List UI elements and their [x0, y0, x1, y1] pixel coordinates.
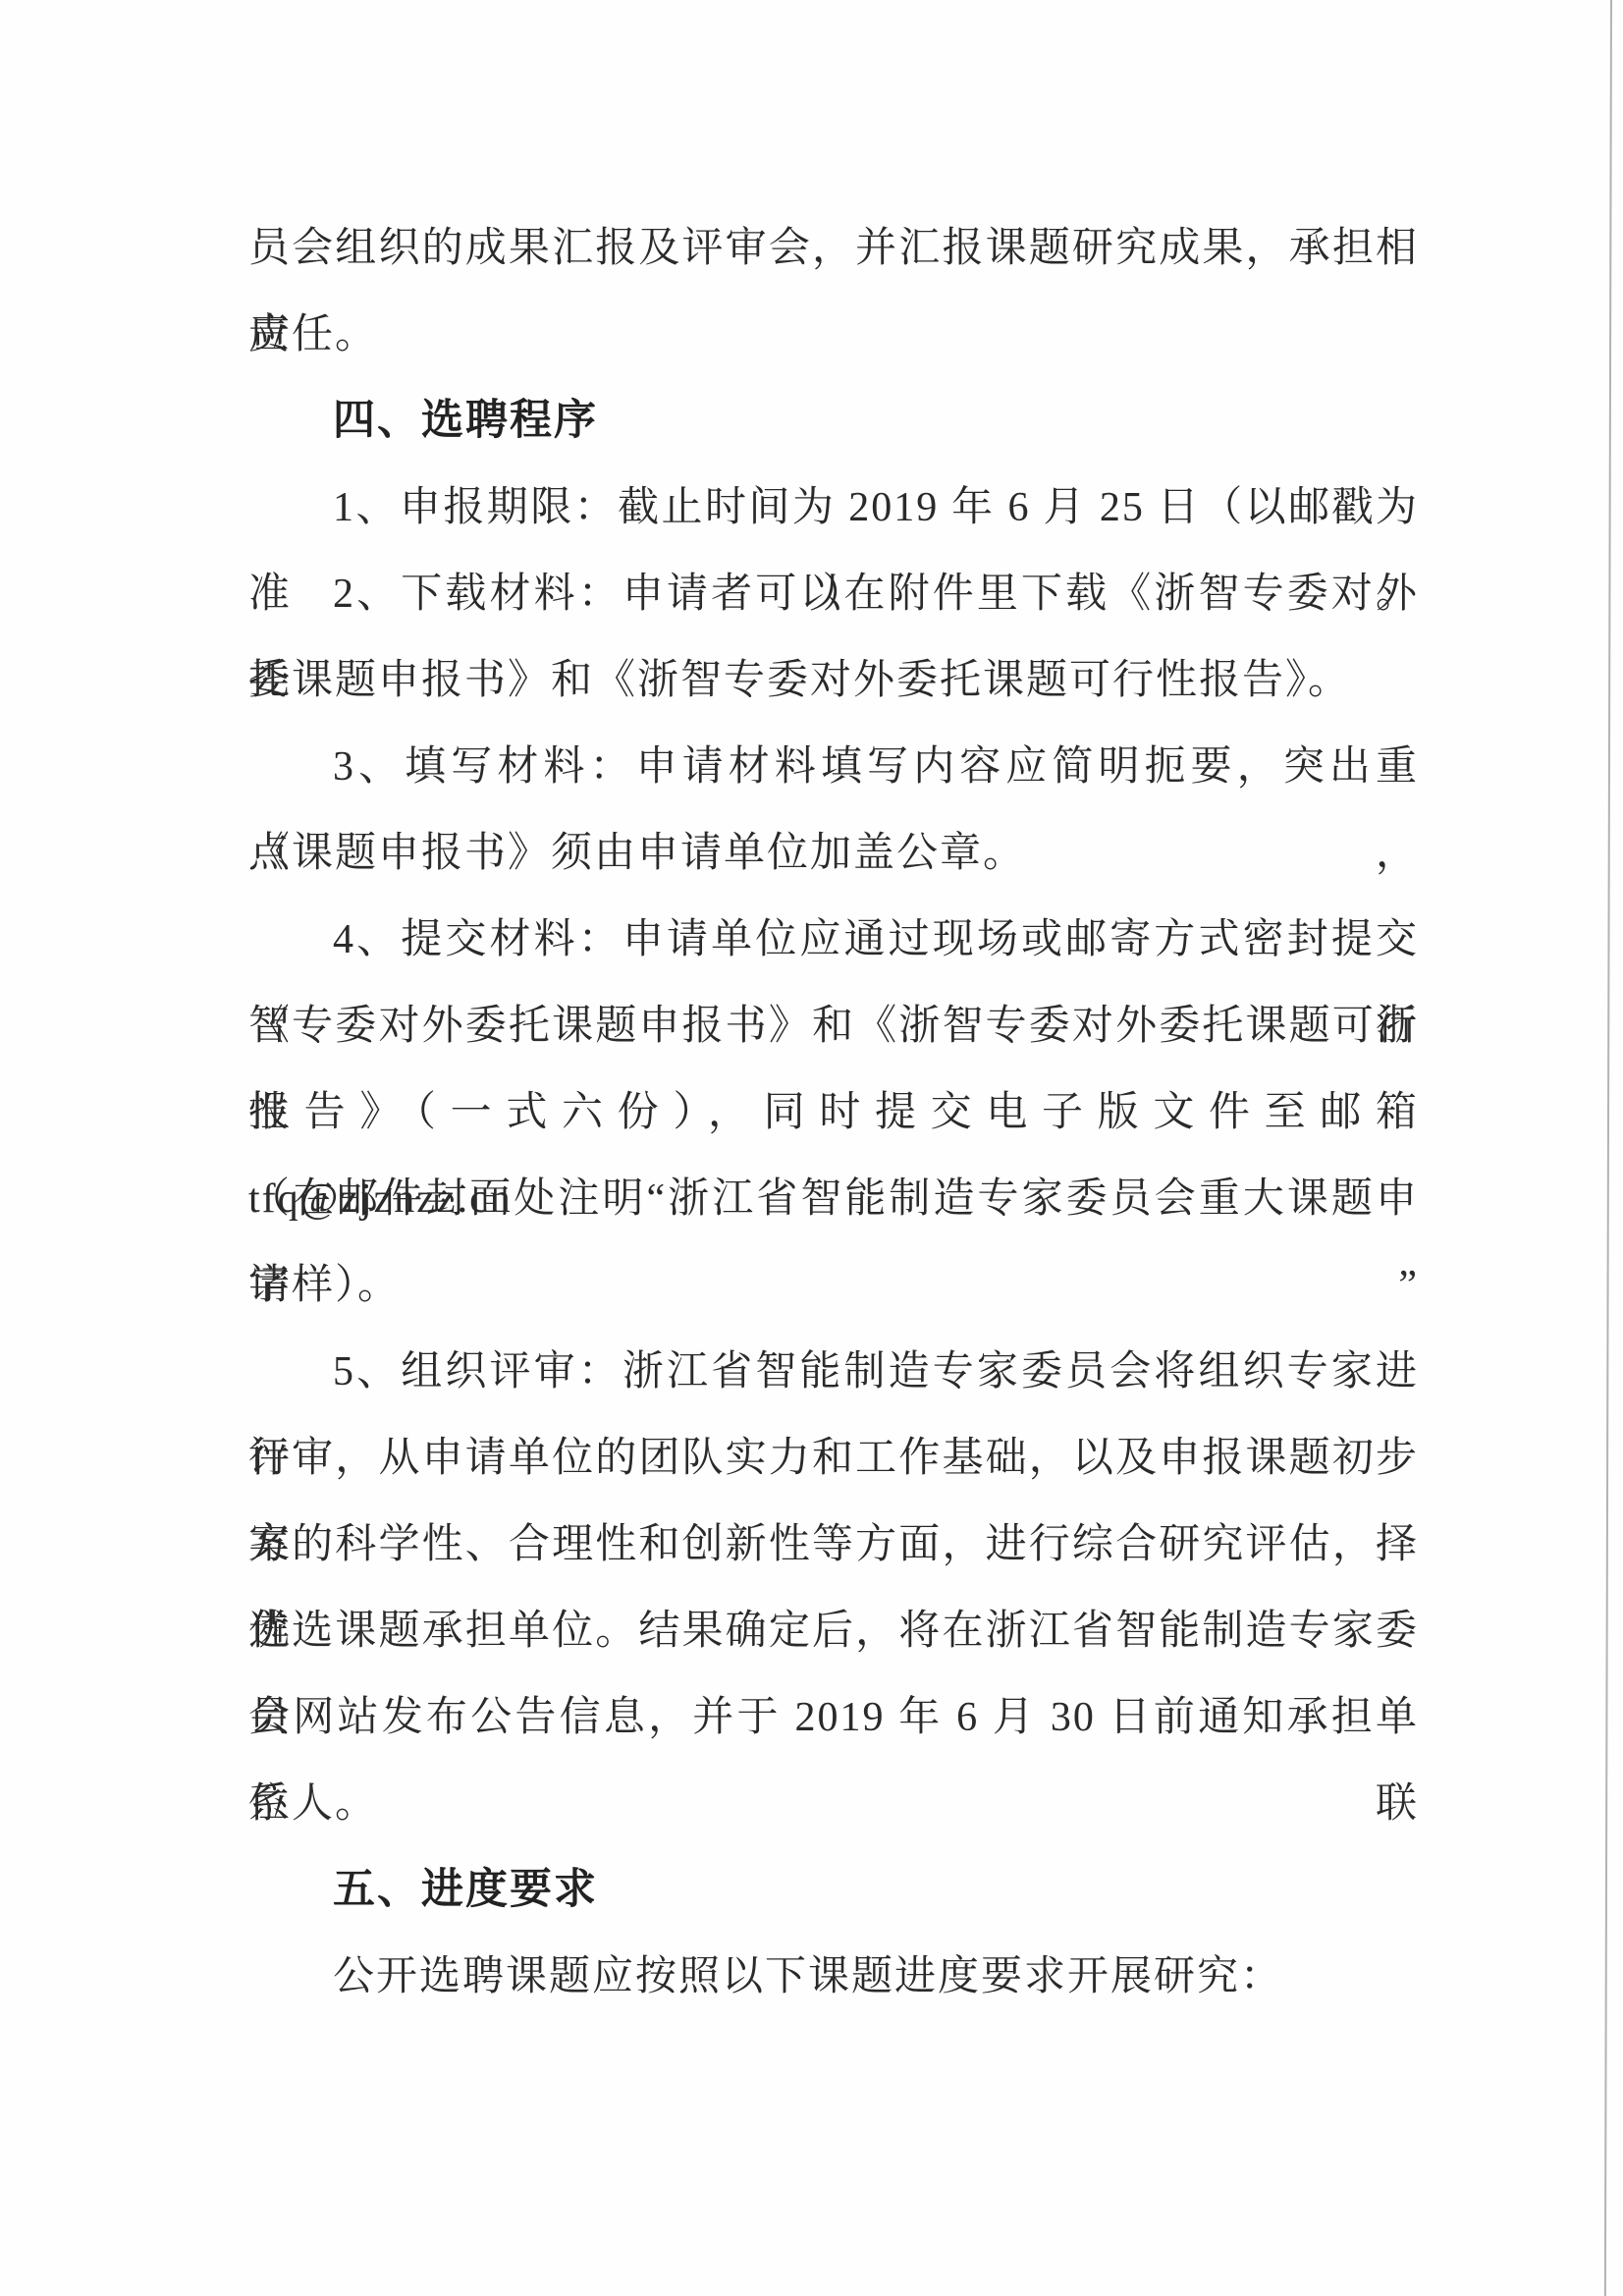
- text-line: 案的科学性、合理性和创新性等方面，进行综合研究评估，择优: [248, 1502, 1419, 1588]
- text-line: 2、下载材料：申请者可以在附件里下载《浙智专委对外委: [248, 551, 1419, 637]
- text-line: 会网站发布公告信息，并于 2019 年 6 月 30 日前通知承担单位联: [248, 1674, 1419, 1761]
- text-line: 责任。: [248, 292, 1419, 378]
- text-line: 托课题申报书》和《浙智专委对外委托课题可行性报告》。: [248, 637, 1419, 724]
- text-line: 5、组织评审：浙江省智能制造专家委员会将组织专家进行: [248, 1329, 1419, 1415]
- text-line: 员会组织的成果汇报及评审会，并汇报课题研究成果，承担相应: [248, 205, 1419, 292]
- text-line: 评审，从申请单位的团队实力和工作基础，以及申报课题初步方: [248, 1415, 1419, 1502]
- text-line: 报告》（一式六份），同时提交电子版文件至邮箱 tfq@zjznzz.cn: [248, 1069, 1419, 1156]
- text-line: 遴选课题承担单位。结果确定后，将在浙江省智能制造专家委员: [248, 1588, 1419, 1674]
- section-heading: 四、选聘程序: [248, 378, 1419, 465]
- section-heading: 五、进度要求: [248, 1847, 1419, 1934]
- scanner-edge-artifact: [1604, 0, 1612, 2296]
- text-line: 4、提交材料：申请单位应通过现场或邮寄方式密封提交《浙: [248, 897, 1419, 983]
- scanned-document-page: 员会组织的成果汇报及评审会，并汇报课题研究成果，承担相应 责任。 四、选聘程序 …: [0, 0, 1623, 2296]
- text-line: 公开选聘课题应按照以下课题进度要求开展研究：: [248, 1934, 1419, 2020]
- text-line: 智专委对外委托课题申报书》和《浙智专委对外委托课题可行性: [248, 983, 1419, 1069]
- text-line: 3、填写材料：申请材料填写内容应简明扼要，突出重点，: [248, 724, 1419, 810]
- text-line: 1、申报期限：截止时间为 2019 年 6 月 25 日（以邮戳为准）。: [248, 465, 1419, 551]
- document-body: 员会组织的成果汇报及评审会，并汇报课题研究成果，承担相应 责任。 四、选聘程序 …: [248, 205, 1419, 2020]
- text-line: （在邮件封面处注明“浙江省智能制造专家委员会重大课题申请”: [248, 1156, 1419, 1242]
